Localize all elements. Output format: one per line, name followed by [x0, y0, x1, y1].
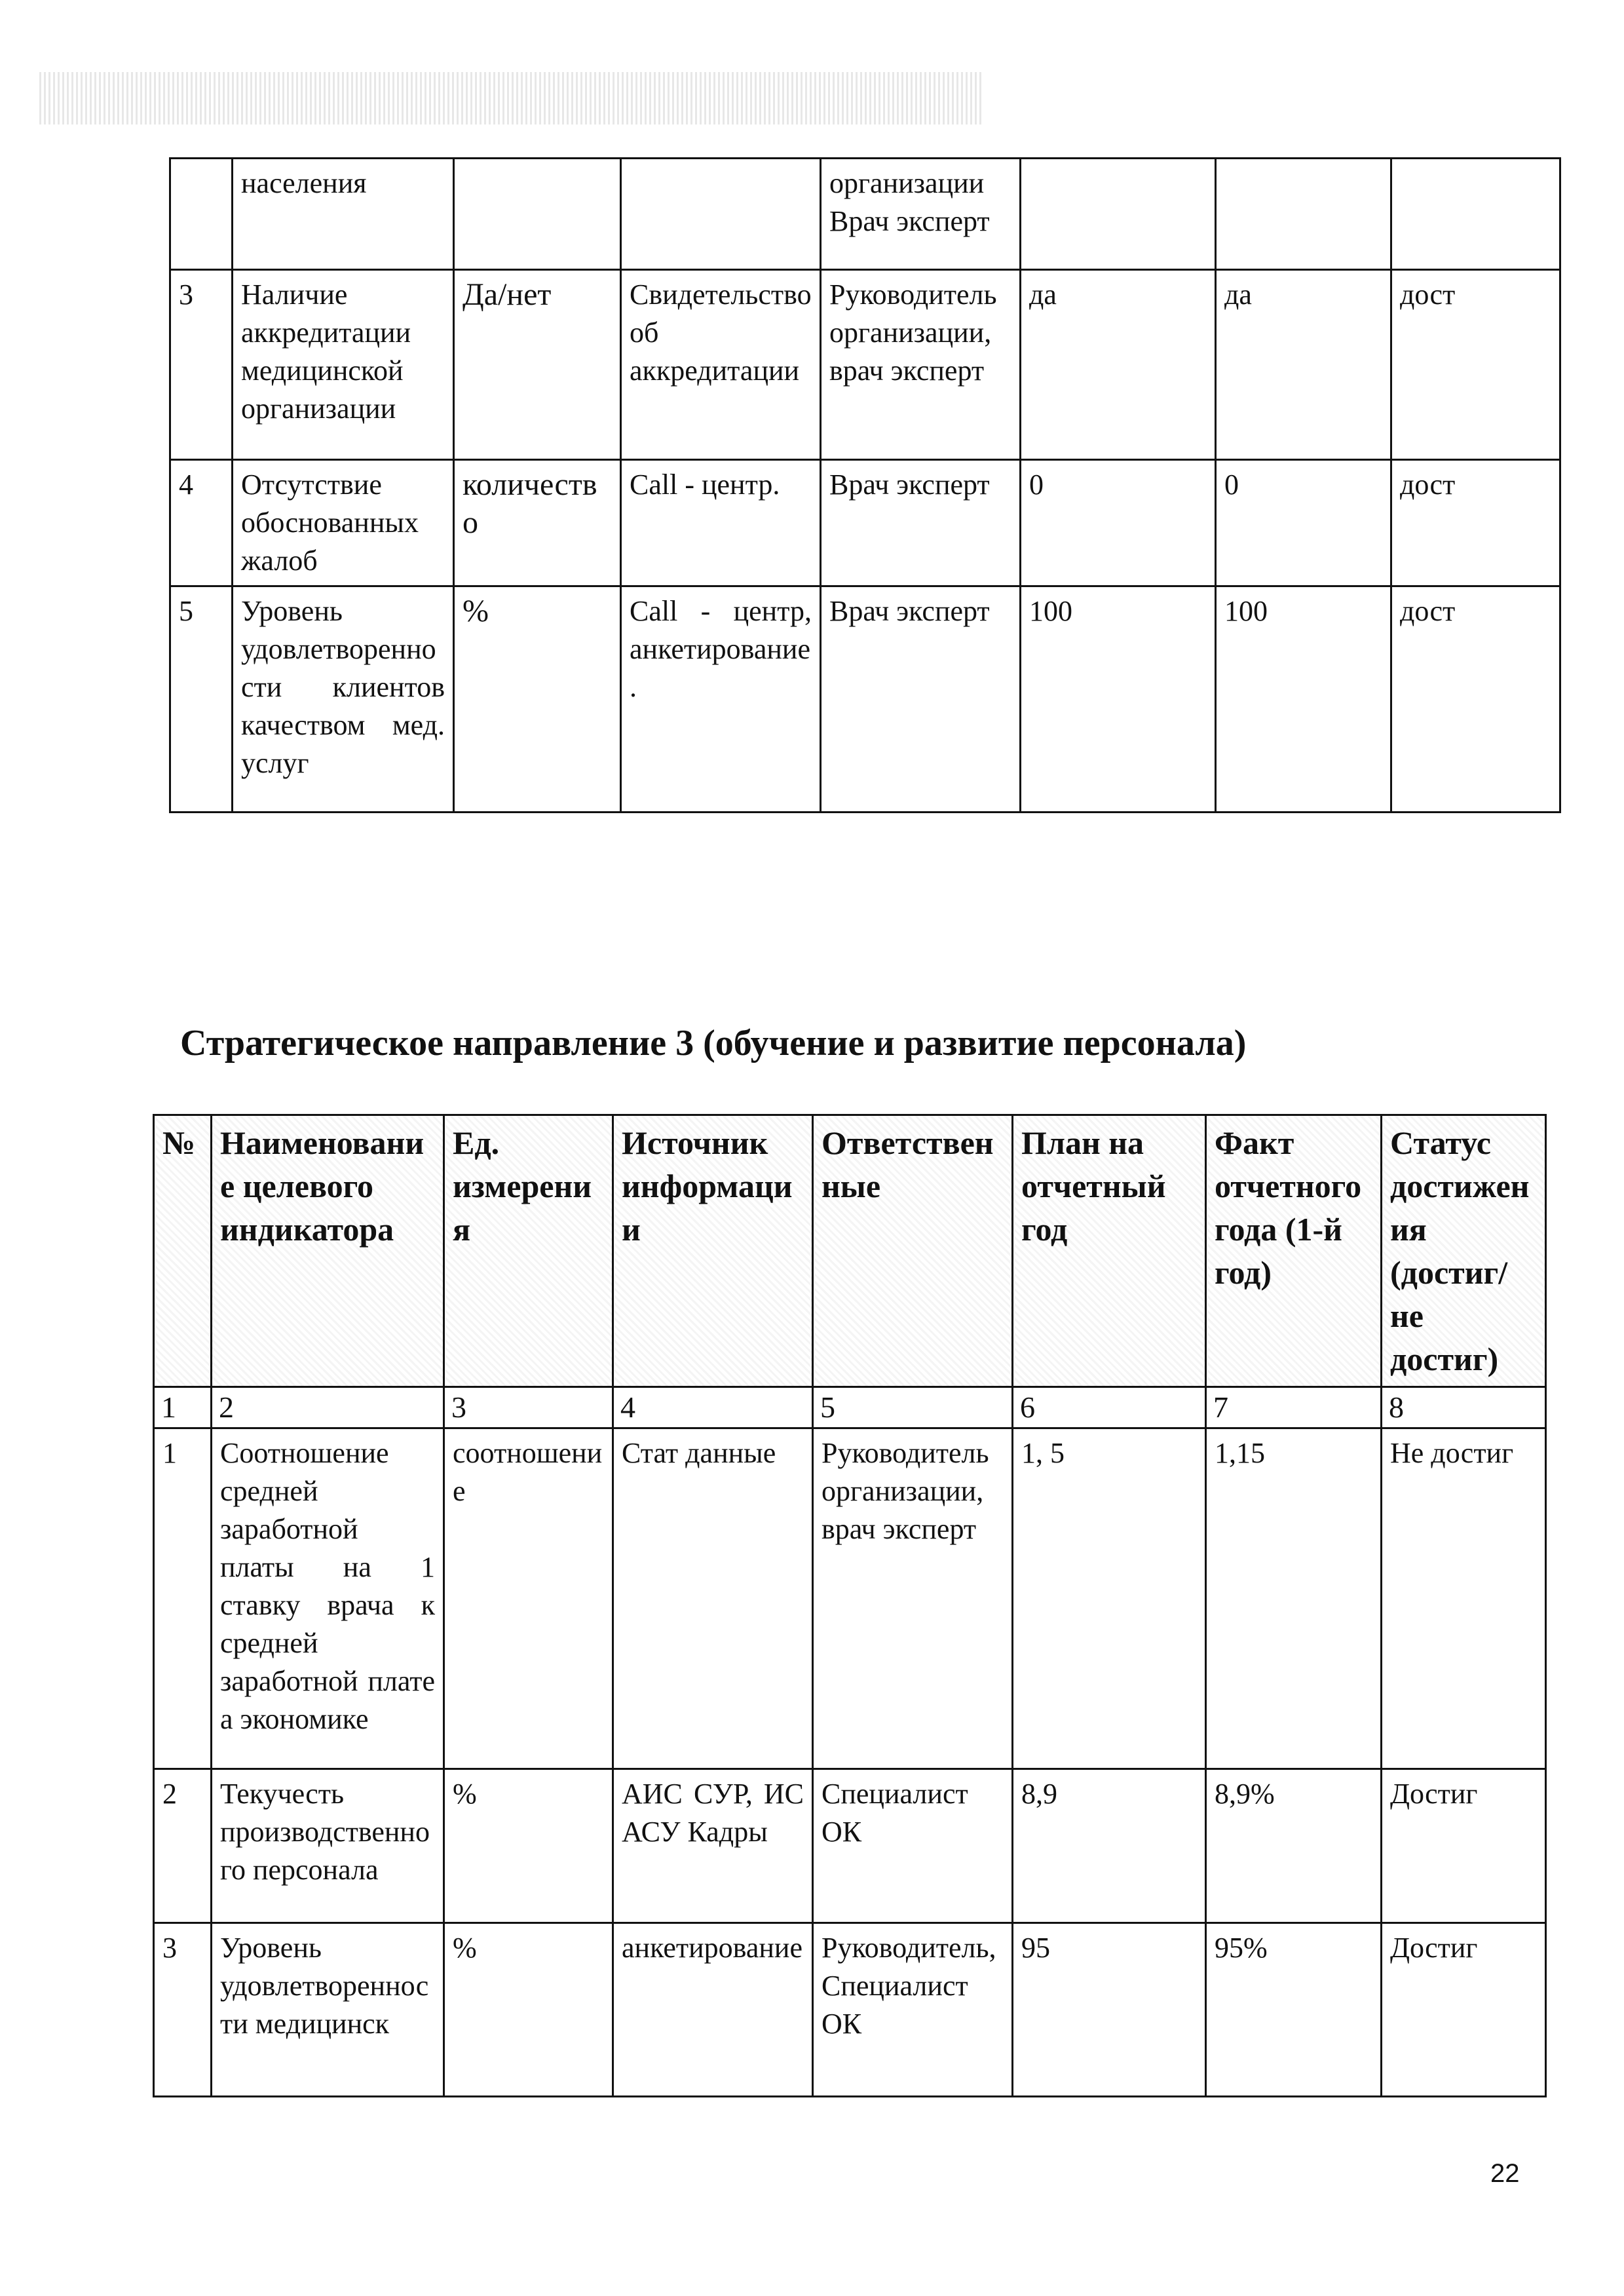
indicator-name-cell: Уровень удовлетворенности клиентов качес…: [233, 586, 454, 813]
column-header: Факт отчетного года (1-й год): [1206, 1115, 1382, 1387]
unit-cell: количество: [454, 460, 621, 586]
fact-value-cell: 1,15: [1206, 1428, 1382, 1769]
unit-cell: Да/нет: [454, 270, 621, 460]
unit-cell: соотношение: [444, 1428, 613, 1769]
column-number-row: 12345678: [154, 1387, 1546, 1428]
info-source-cell: АИС СУР, ИС АСУ Кадры: [613, 1769, 813, 1923]
column-header: №: [154, 1115, 212, 1387]
info-source-cell: [621, 159, 821, 270]
status-cell: дост: [1391, 460, 1560, 586]
plan-value-cell: да: [1021, 270, 1216, 460]
responsible-cell: Специалист ОК: [813, 1769, 1013, 1923]
status-cell: [1391, 159, 1560, 270]
indicators-table-continued: населенияорганизации Врач эксперт3Наличи…: [169, 157, 1561, 813]
column-header: Источник информации: [613, 1115, 813, 1387]
indicator-name-cell: Отсутствие обоснованных жалоб: [233, 460, 454, 586]
row-number-cell: [170, 159, 233, 270]
plan-value-cell: [1021, 159, 1216, 270]
responsible-cell: Руководитель организации, врач эксперт: [821, 270, 1021, 460]
row-number-cell: 4: [170, 460, 233, 586]
column-number-cell: 1: [154, 1387, 212, 1428]
info-source-cell: Call - центр.: [621, 460, 821, 586]
plan-value-cell: 8,9: [1013, 1769, 1206, 1923]
table-row: 4Отсутствие обоснованных жалобколичество…: [170, 460, 1560, 586]
indicator-name-cell: Текучесть производственного персонала: [212, 1769, 444, 1923]
table-row: 5Уровень удовлетворенности клиентов каче…: [170, 586, 1560, 813]
section-title: Стратегическое направление 3 (обучение и…: [180, 1022, 1246, 1064]
row-number-cell: 2: [154, 1769, 212, 1923]
column-number-cell: 5: [813, 1387, 1013, 1428]
fact-value-cell: [1216, 159, 1391, 270]
responsible-cell: Руководитель организации, врач эксперт: [813, 1428, 1013, 1769]
column-header: Статус достижения (достиг/ не достиг): [1382, 1115, 1546, 1387]
column-number-cell: 8: [1382, 1387, 1546, 1428]
indicators-table-section3: №Наименование целевого индикатораЕд. изм…: [153, 1114, 1547, 2097]
responsible-cell: Врач эксперт: [821, 586, 1021, 813]
status-cell: дост: [1391, 270, 1560, 460]
status-cell: Не достиг: [1382, 1428, 1546, 1769]
responsible-cell: организации Врач эксперт: [821, 159, 1021, 270]
unit-cell: %: [444, 1769, 613, 1923]
row-number-cell: 3: [154, 1923, 212, 2097]
column-header: План на отчетный год: [1013, 1115, 1206, 1387]
responsible-cell: Руководитель, Специалист ОК: [813, 1923, 1013, 2097]
column-number-cell: 7: [1206, 1387, 1382, 1428]
fact-value-cell: 0: [1216, 460, 1391, 586]
table-row: населенияорганизации Врач эксперт: [170, 159, 1560, 270]
column-number-cell: 4: [613, 1387, 813, 1428]
scan-artifact-header: [39, 72, 983, 124]
fact-value-cell: да: [1216, 270, 1391, 460]
page-number: 22: [1490, 2159, 1520, 2189]
column-header: Ответственные: [813, 1115, 1013, 1387]
fact-value-cell: 95%: [1206, 1923, 1382, 2097]
table-header-row: №Наименование целевого индикатораЕд. изм…: [154, 1115, 1546, 1387]
responsible-cell: Врач эксперт: [821, 460, 1021, 586]
unit-cell: %: [444, 1923, 613, 2097]
info-source-cell: Свидетельство об аккредитации: [621, 270, 821, 460]
fact-value-cell: 8,9%: [1206, 1769, 1382, 1923]
column-number-cell: 6: [1013, 1387, 1206, 1428]
status-cell: Достиг: [1382, 1769, 1546, 1923]
unit-cell: %: [454, 586, 621, 813]
row-number-cell: 3: [170, 270, 233, 460]
plan-value-cell: 1, 5: [1013, 1428, 1206, 1769]
indicator-name-cell: Уровень удовлетворенности медицинск: [212, 1923, 444, 2097]
info-source-cell: Стат данные: [613, 1428, 813, 1769]
indicator-name-cell: Наличие аккредитации медицинской организ…: [233, 270, 454, 460]
plan-value-cell: 100: [1021, 586, 1216, 813]
plan-value-cell: 95: [1013, 1923, 1206, 2097]
unit-cell: [454, 159, 621, 270]
table-row: 3Уровень удовлетворенности медицинск%анк…: [154, 1923, 1546, 2097]
table-row: 2Текучесть производственного персонала%А…: [154, 1769, 1546, 1923]
indicator-name-cell: Соотношение средней заработной платы на …: [212, 1428, 444, 1769]
table-row: 1Соотношение средней заработной платы на…: [154, 1428, 1546, 1769]
column-number-cell: 2: [212, 1387, 444, 1428]
info-source-cell: Call - центр, анкетирование.: [621, 586, 821, 813]
plan-value-cell: 0: [1021, 460, 1216, 586]
column-header: Ед. измерения: [444, 1115, 613, 1387]
column-number-cell: 3: [444, 1387, 613, 1428]
status-cell: дост: [1391, 586, 1560, 813]
column-header: Наименование целевого индикатора: [212, 1115, 444, 1387]
row-number-cell: 5: [170, 586, 233, 813]
fact-value-cell: 100: [1216, 586, 1391, 813]
status-cell: Достиг: [1382, 1923, 1546, 2097]
table-row: 3Наличие аккредитации медицинской органи…: [170, 270, 1560, 460]
info-source-cell: анкетирование: [613, 1923, 813, 2097]
row-number-cell: 1: [154, 1428, 212, 1769]
indicator-name-cell: населения: [233, 159, 454, 270]
